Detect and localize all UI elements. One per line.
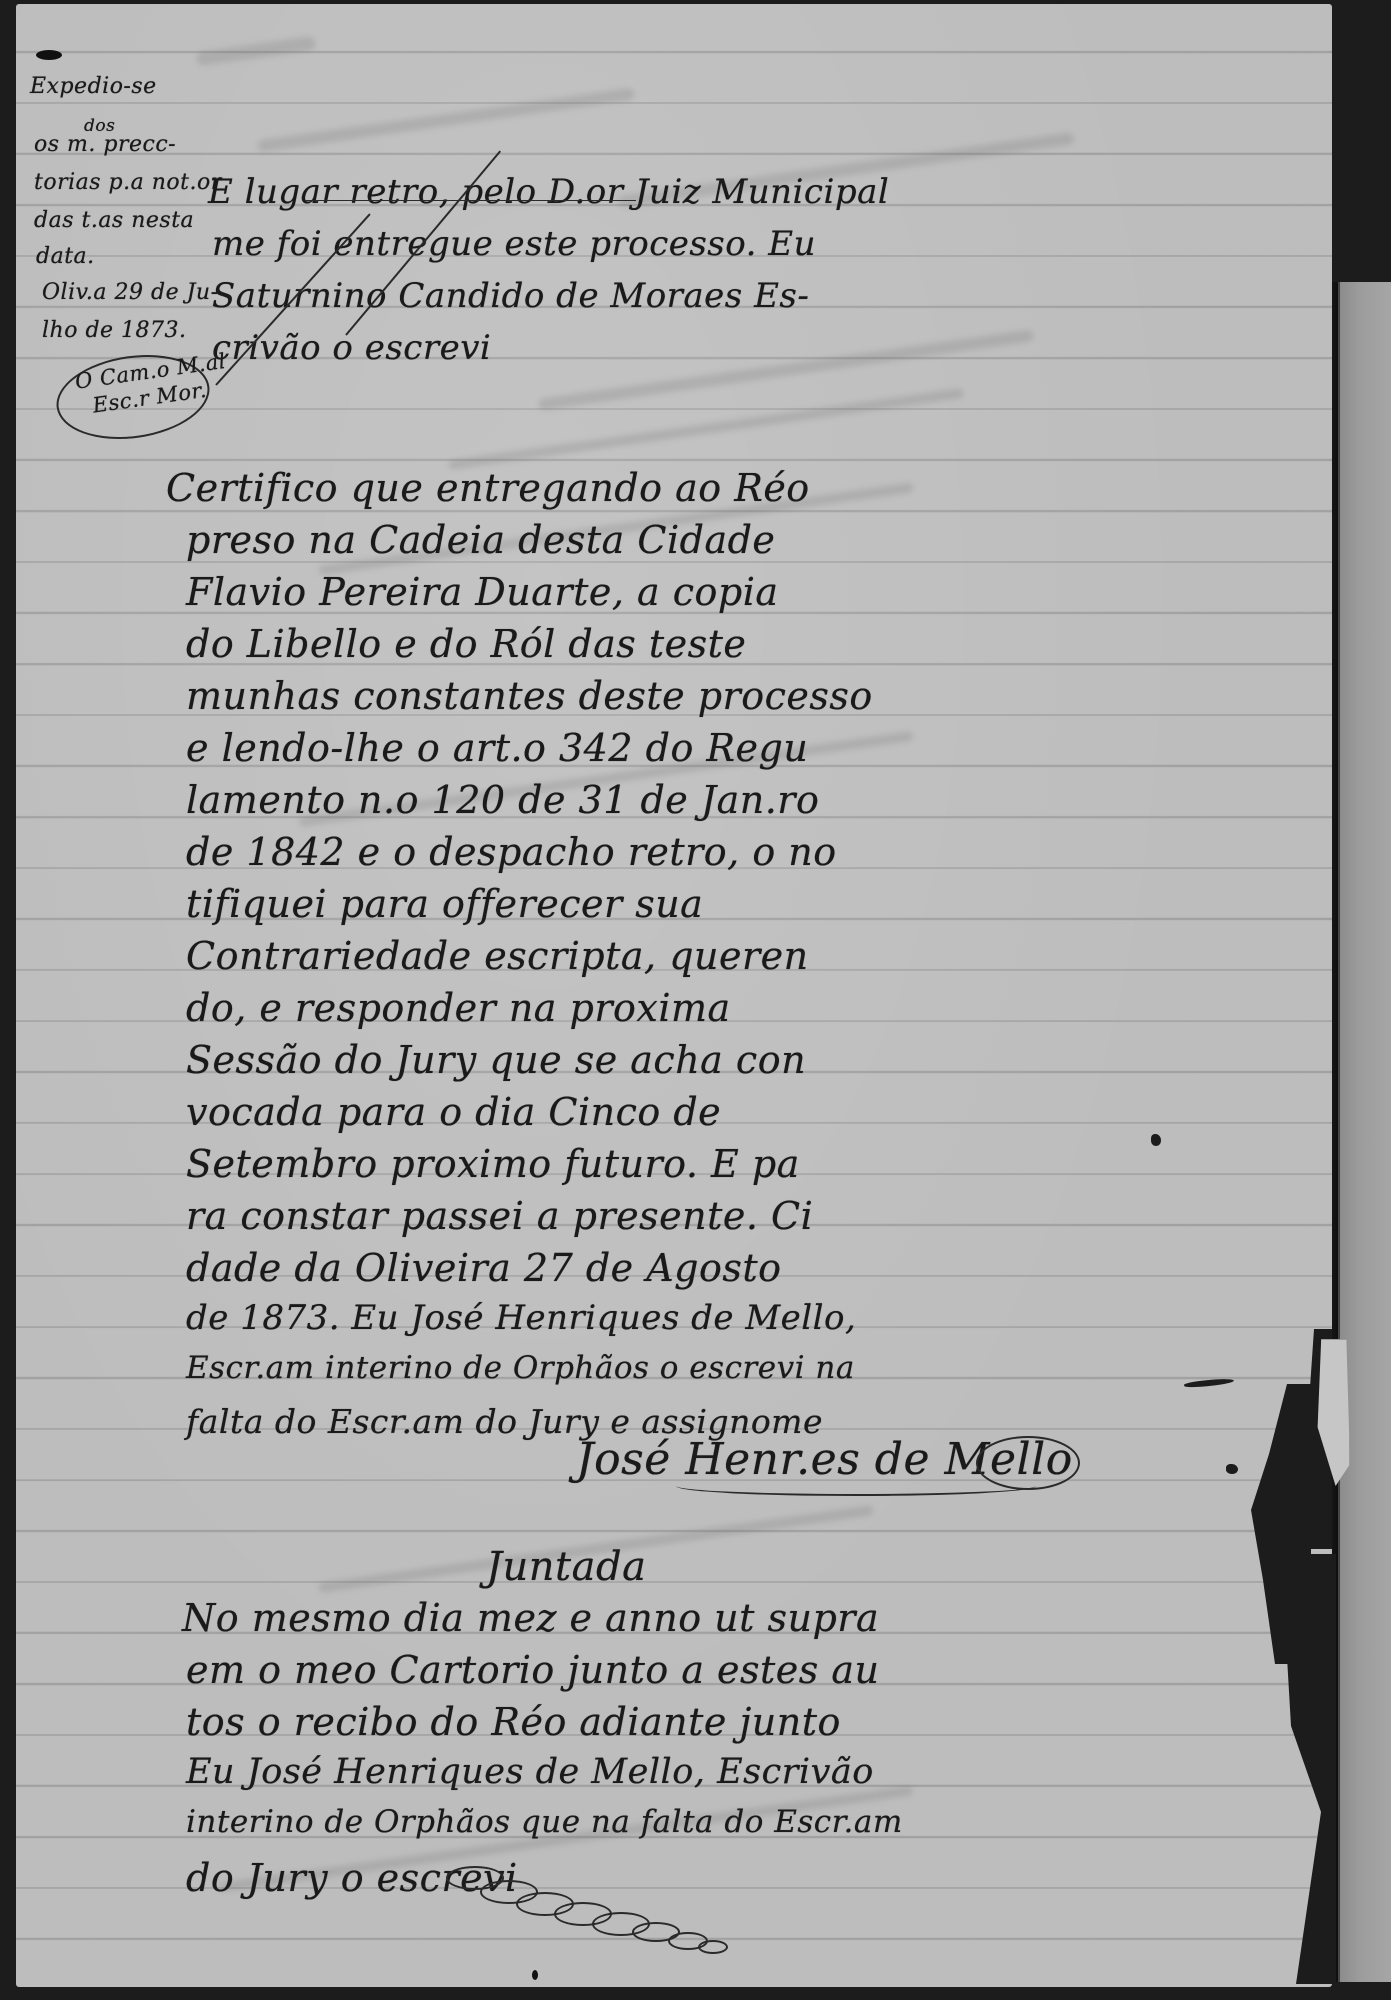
manuscript-page: Expedio-se dos os m. precc- torias p.a n…	[16, 4, 1332, 1987]
bleed-through	[448, 388, 964, 470]
certificate-line: vocada para o dia Cinco de	[186, 1090, 721, 1134]
bleed-through	[196, 36, 317, 67]
certificate-line: Sessão do Jury que se acha con	[186, 1038, 806, 1082]
certificate-line: Certifico que entregando ao Réo	[166, 466, 810, 510]
clerk-seal-flourish: O Cam.o M.al Esc.r Mor.	[51, 346, 215, 449]
struck-line: Saturnino Candido de Moraes Es-	[212, 276, 809, 316]
struck-line: crivão o escrevi	[212, 328, 491, 368]
juntada-line: interino de Orphãos que na falta do Escr…	[186, 1804, 903, 1840]
struck-line: E lugar retro, pelo D.or Juiz Municipal	[208, 172, 889, 212]
juntada-line: tos o recibo do Réo adiante junto	[186, 1700, 841, 1744]
juntada-line: No mesmo dia mez e anno ut supra	[182, 1596, 879, 1640]
certificate-line: dade da Oliveira 27 de Agosto	[186, 1246, 782, 1290]
certificate-line: tifiquei para offerecer sua	[186, 882, 703, 926]
certificate-line: Setembro proximo futuro. E pa	[186, 1142, 800, 1186]
margin-note-line: das t.as nesta	[34, 208, 194, 233]
signature-underline	[676, 1476, 1036, 1496]
certificate-line: de 1842 e o despacho retro, o no	[186, 830, 837, 874]
torn-edge	[1286, 1554, 1336, 1984]
margin-note-line: os m. precc-	[34, 132, 176, 157]
certificate-line: e lendo-lhe o art.o 342 do Regu	[186, 726, 808, 770]
certificate-line: do Libello e do Ról das teste	[186, 622, 746, 666]
margin-note-line: Oliv.a 29 de Ju-	[42, 280, 219, 305]
strike-through-line	[306, 200, 636, 201]
certificate-line: Flavio Pereira Duarte, a copia	[186, 570, 779, 614]
margin-note-line: Expedio-se	[30, 74, 157, 99]
juntada-heading: Juntada	[486, 1544, 646, 1590]
juntada-line: Eu José Henriques de Mello, Escrivão	[186, 1752, 874, 1792]
certificate-line: Escr.am interino de Orphãos o escrevi na	[186, 1350, 855, 1386]
certificate-line: Contrariedade escripta, queren	[186, 934, 809, 978]
paper-hole	[1184, 1377, 1234, 1388]
certificate-line: ra constar passei a presente. Ci	[186, 1194, 813, 1238]
bleed-through	[257, 88, 635, 153]
certificate-line: munhas constantes deste processo	[186, 674, 873, 718]
bleed-through	[538, 329, 1035, 410]
certificate-line: do, e responder na proxima	[186, 986, 731, 1030]
ink-blot	[36, 50, 62, 60]
paper-hole	[1151, 1134, 1161, 1146]
juntada-line: em o meo Cartorio junto a estes au	[186, 1648, 880, 1692]
ink-dot	[532, 1970, 538, 1980]
underlying-page-edge	[1338, 282, 1391, 1982]
paper-hole	[1226, 1464, 1238, 1474]
margin-note-line: lho de 1873.	[42, 318, 187, 343]
margin-note-line: torias p.a not.or	[34, 170, 222, 195]
certificate-line: lamento n.o 120 de 31 de Jan.ro	[186, 778, 819, 822]
struck-line: me foi entregue este processo. Eu	[212, 224, 816, 264]
certificate-line: preso na Cadeia desta Cidade	[186, 518, 775, 562]
signature-flourish	[976, 1436, 1080, 1490]
margin-note-line: data.	[36, 244, 95, 269]
certificate-line: de 1873. Eu José Henriques de Mello,	[186, 1298, 856, 1338]
